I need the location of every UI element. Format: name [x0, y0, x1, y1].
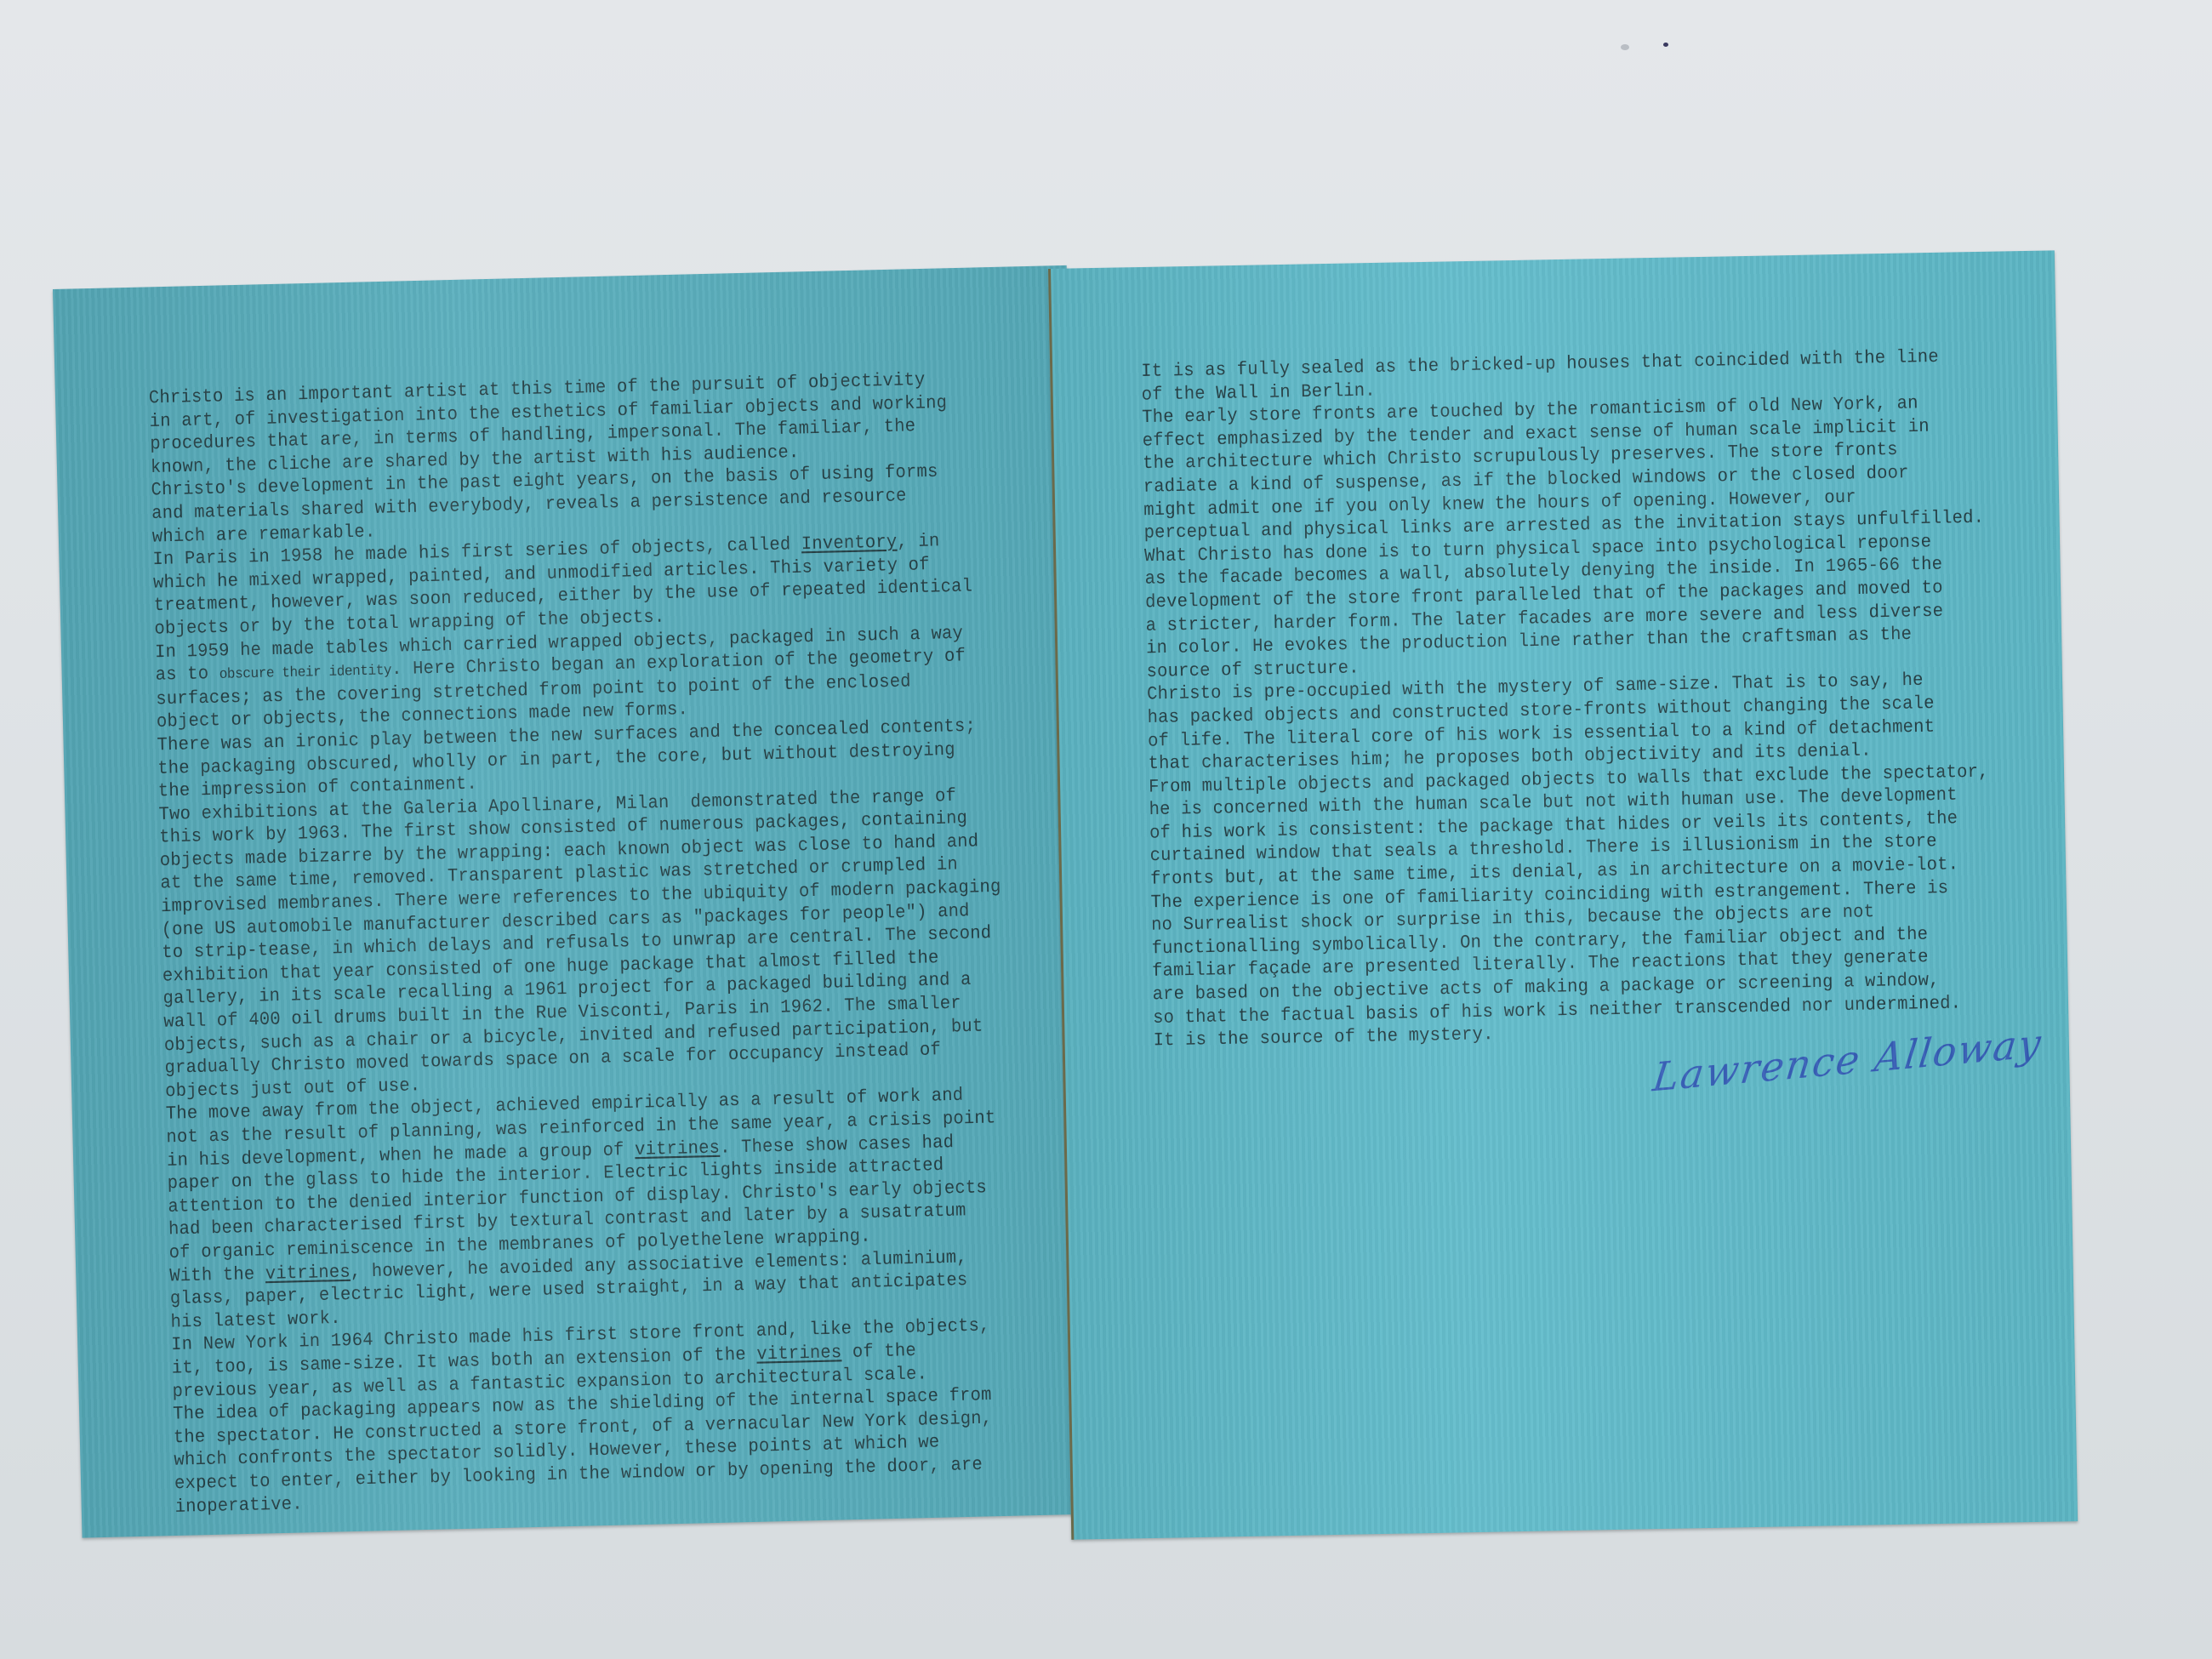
- handwritten-insertion: obscure their identity: [219, 663, 392, 683]
- underlined-term: vitrines: [756, 1343, 842, 1365]
- typescript-page-2: It is as fully sealed as the bricked-up …: [1048, 250, 2078, 1539]
- underlined-term: vitrines: [265, 1262, 351, 1285]
- dust-smudge: [1621, 44, 1629, 50]
- typescript-page-1: Christo is an important artist at this t…: [53, 265, 1096, 1538]
- underlined-term: vitrines: [635, 1137, 721, 1160]
- page-1-body-text: Christo is an important artist at this t…: [149, 368, 1016, 1519]
- page-2-body-text: It is as fully sealed as the bricked-up …: [1141, 345, 1993, 1053]
- dust-speck: [1663, 43, 1668, 47]
- underlined-term: Inventory: [801, 533, 898, 556]
